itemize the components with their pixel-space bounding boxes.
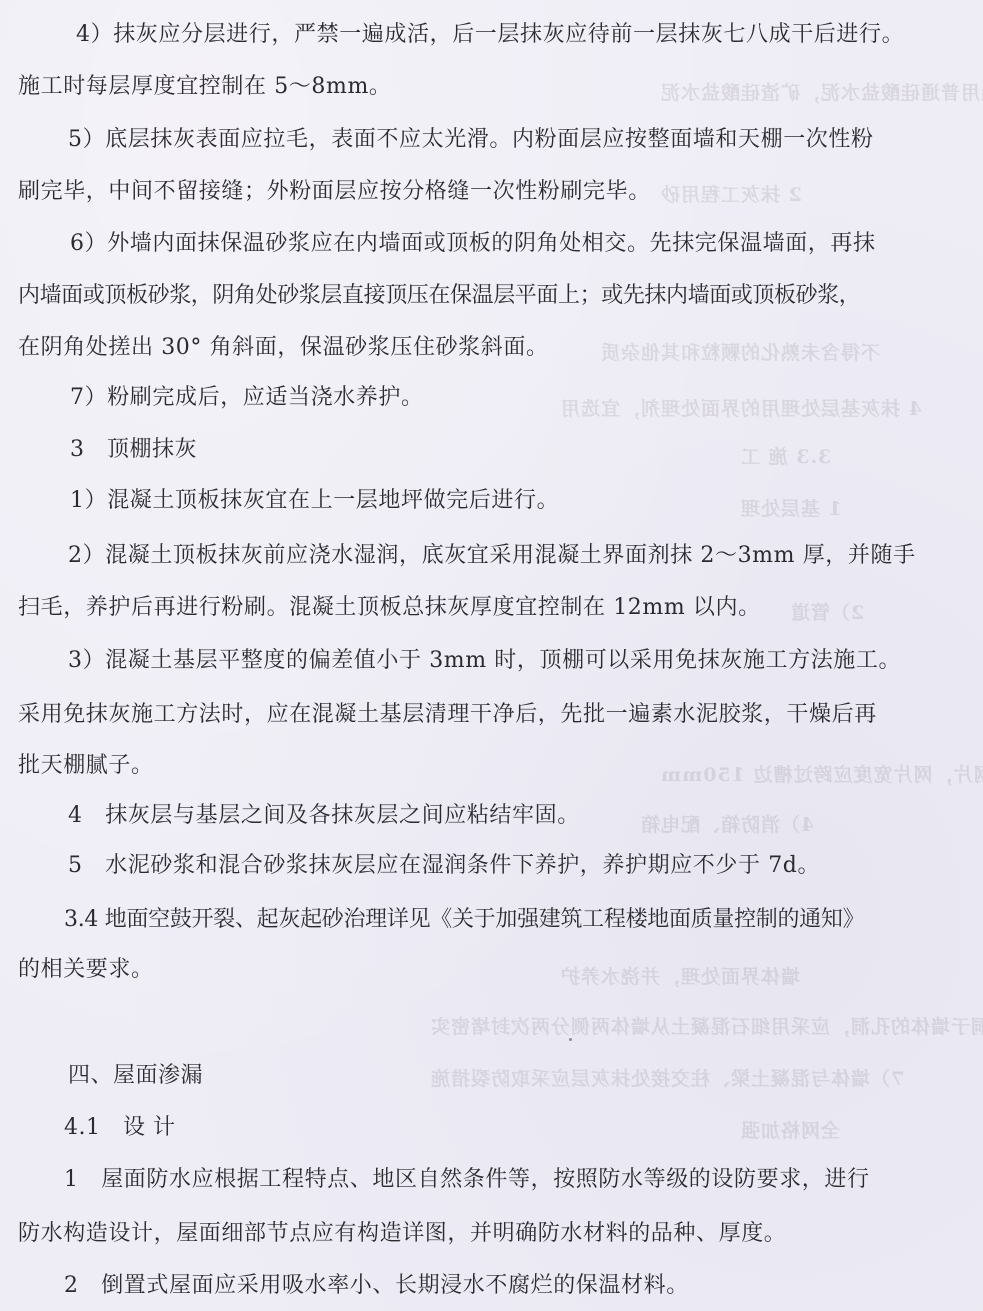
bleed-through-text: 7）墙体与混凝土梁、柱交接处抹灰层应采取防裂措施 xyxy=(430,1064,904,1091)
section-4-1-heading: 4.1 设 计 xyxy=(64,1113,175,1143)
bleed-through-text: 1 基层处理 xyxy=(740,494,842,521)
bleed-through-text: 不得含未熟化的颗粒和其他杂质 xyxy=(600,338,880,365)
section-3-item-2-line-2: 扫毛，养护后再进行粉刷。混凝土顶板总抹灰厚度宜控制在 12mm 以内。 xyxy=(18,593,761,623)
paragraph-4-line-1: 4）抹灰应分层进行，严禁一遍成活，后一层抹灰应待前一层抹灰七八成干后进行。 xyxy=(76,20,904,50)
paragraph-6-line-2: 内墙面或顶板砂浆，阴角处砂浆层直接顶压在保温层平面上；或先抹内墙面或顶板砂浆， xyxy=(18,281,860,311)
bleed-through-text: 2 抹灰工程用砂 xyxy=(660,180,802,207)
bleed-through-text: 1 抹灰工程使用的水泥宜选用普通硅酸盐水泥，矿渣硅酸盐水泥 xyxy=(660,78,983,105)
item-5: 5 水泥砂浆和混合砂浆抹灰层应在湿润条件下养护，养护期应不少于 7d。 xyxy=(68,851,820,881)
section-3-item-3-line-3: 批天棚腻子。 xyxy=(18,751,154,781)
chapter-4-heading: 四、屋面渗漏 xyxy=(68,1061,203,1091)
bleed-through-text: 4）消防箱、配电箱 xyxy=(640,810,814,837)
paragraph-6-line-1: 6）外墙内面抹保温砂浆应在内墙面或顶板的阴角处相交。先抹完保温墙面，再抹 xyxy=(70,229,876,259)
item-4: 4 抹灰层与基层之间及各抹灰层之间应粘结牢固。 xyxy=(68,801,580,831)
section-3-heading: 3 顶棚抹灰 xyxy=(70,435,197,465)
bleed-through-text: 3.3 施 工 xyxy=(740,442,831,469)
section-3-item-3-line-2: 采用免抹灰施工方法时，应在混凝土基层清理干净后，先批一遍素水泥胶浆，干燥后再 xyxy=(18,700,877,730)
section-4-1-item-1-line-1: 1 屋面防水应根据工程特点、地区自然条件等，按照防水等级的设防要求，进行 xyxy=(64,1165,870,1195)
paragraph-5-line-2: 刷完毕，中间不留接缝；外粉面层应按分格缝一次性粉刷完毕。 xyxy=(18,177,651,207)
bleed-through-text: 墙体界面处理，并浇水养护 xyxy=(560,962,800,989)
section-3-4-line-2: 的相关要求。 xyxy=(18,955,154,985)
scan-speck xyxy=(569,1038,572,1041)
scanned-document-page: 1 抹灰工程使用的水泥宜选用普通硅酸盐水泥，矿渣硅酸盐水泥 2 抹灰工程用砂 不… xyxy=(0,0,983,1311)
bleed-through-text: 拉毛，并设置加强网片，网片宽度应跨过槽边 150mm xyxy=(660,760,983,787)
bleed-through-text: 6）洞于墙体的孔洞，应采用细石混凝土从墙体两侧分两次封堵密实 xyxy=(430,1012,983,1039)
section-3-item-2-line-1: 2）混凝土顶板抹灰前应浇水湿润，底灰宜采用混凝土界面剂抹 2～3mm 厚，并随手 xyxy=(68,541,916,571)
section-3-item-1: 1）混凝土顶板抹灰宜在上一层地坪做完后进行。 xyxy=(70,486,559,516)
paragraph-6-line-3: 在阴角处搓出 30° 角斜面，保温砂浆压住砂浆斜面。 xyxy=(18,333,549,363)
paragraph-5-line-1: 5）底层抹灰表面应拉毛，表面不应太光滑。内粉面层应按整面墙和天棚一次性粉 xyxy=(68,125,874,155)
bleed-through-text: 4 抹灰基层处理用的界面处理剂，宜选用 xyxy=(560,394,922,421)
paragraph-7: 7）粉刷完成后，应适当浇水养护。 xyxy=(70,383,424,413)
section-4-1-item-2: 2 倒置式屋面应采用吸水率小、长期浸水不腐烂的保温材料。 xyxy=(64,1271,689,1301)
bleed-through-text: 2）管道 xyxy=(790,598,864,625)
section-3-item-3-line-1: 3）混凝土基层平整度的偏差值小于 3mm 时，顶棚可以采用免抹灰施工方法施工。 xyxy=(68,646,901,676)
paragraph-4-line-2: 施工时每层厚度宜控制在 5～8mm。 xyxy=(18,72,392,102)
section-3-4-line-1: 3.4 地面空鼓开裂、起灰起砂治理详见《关于加强建筑工程楼地面质量控制的通知》 xyxy=(64,905,864,935)
bleed-through-text: 全网格加强 xyxy=(740,1116,840,1143)
section-4-1-item-1-line-2: 防水构造设计，屋面细部节点应有构造详图，并明确防水材料的品种、厚度。 xyxy=(18,1219,786,1249)
